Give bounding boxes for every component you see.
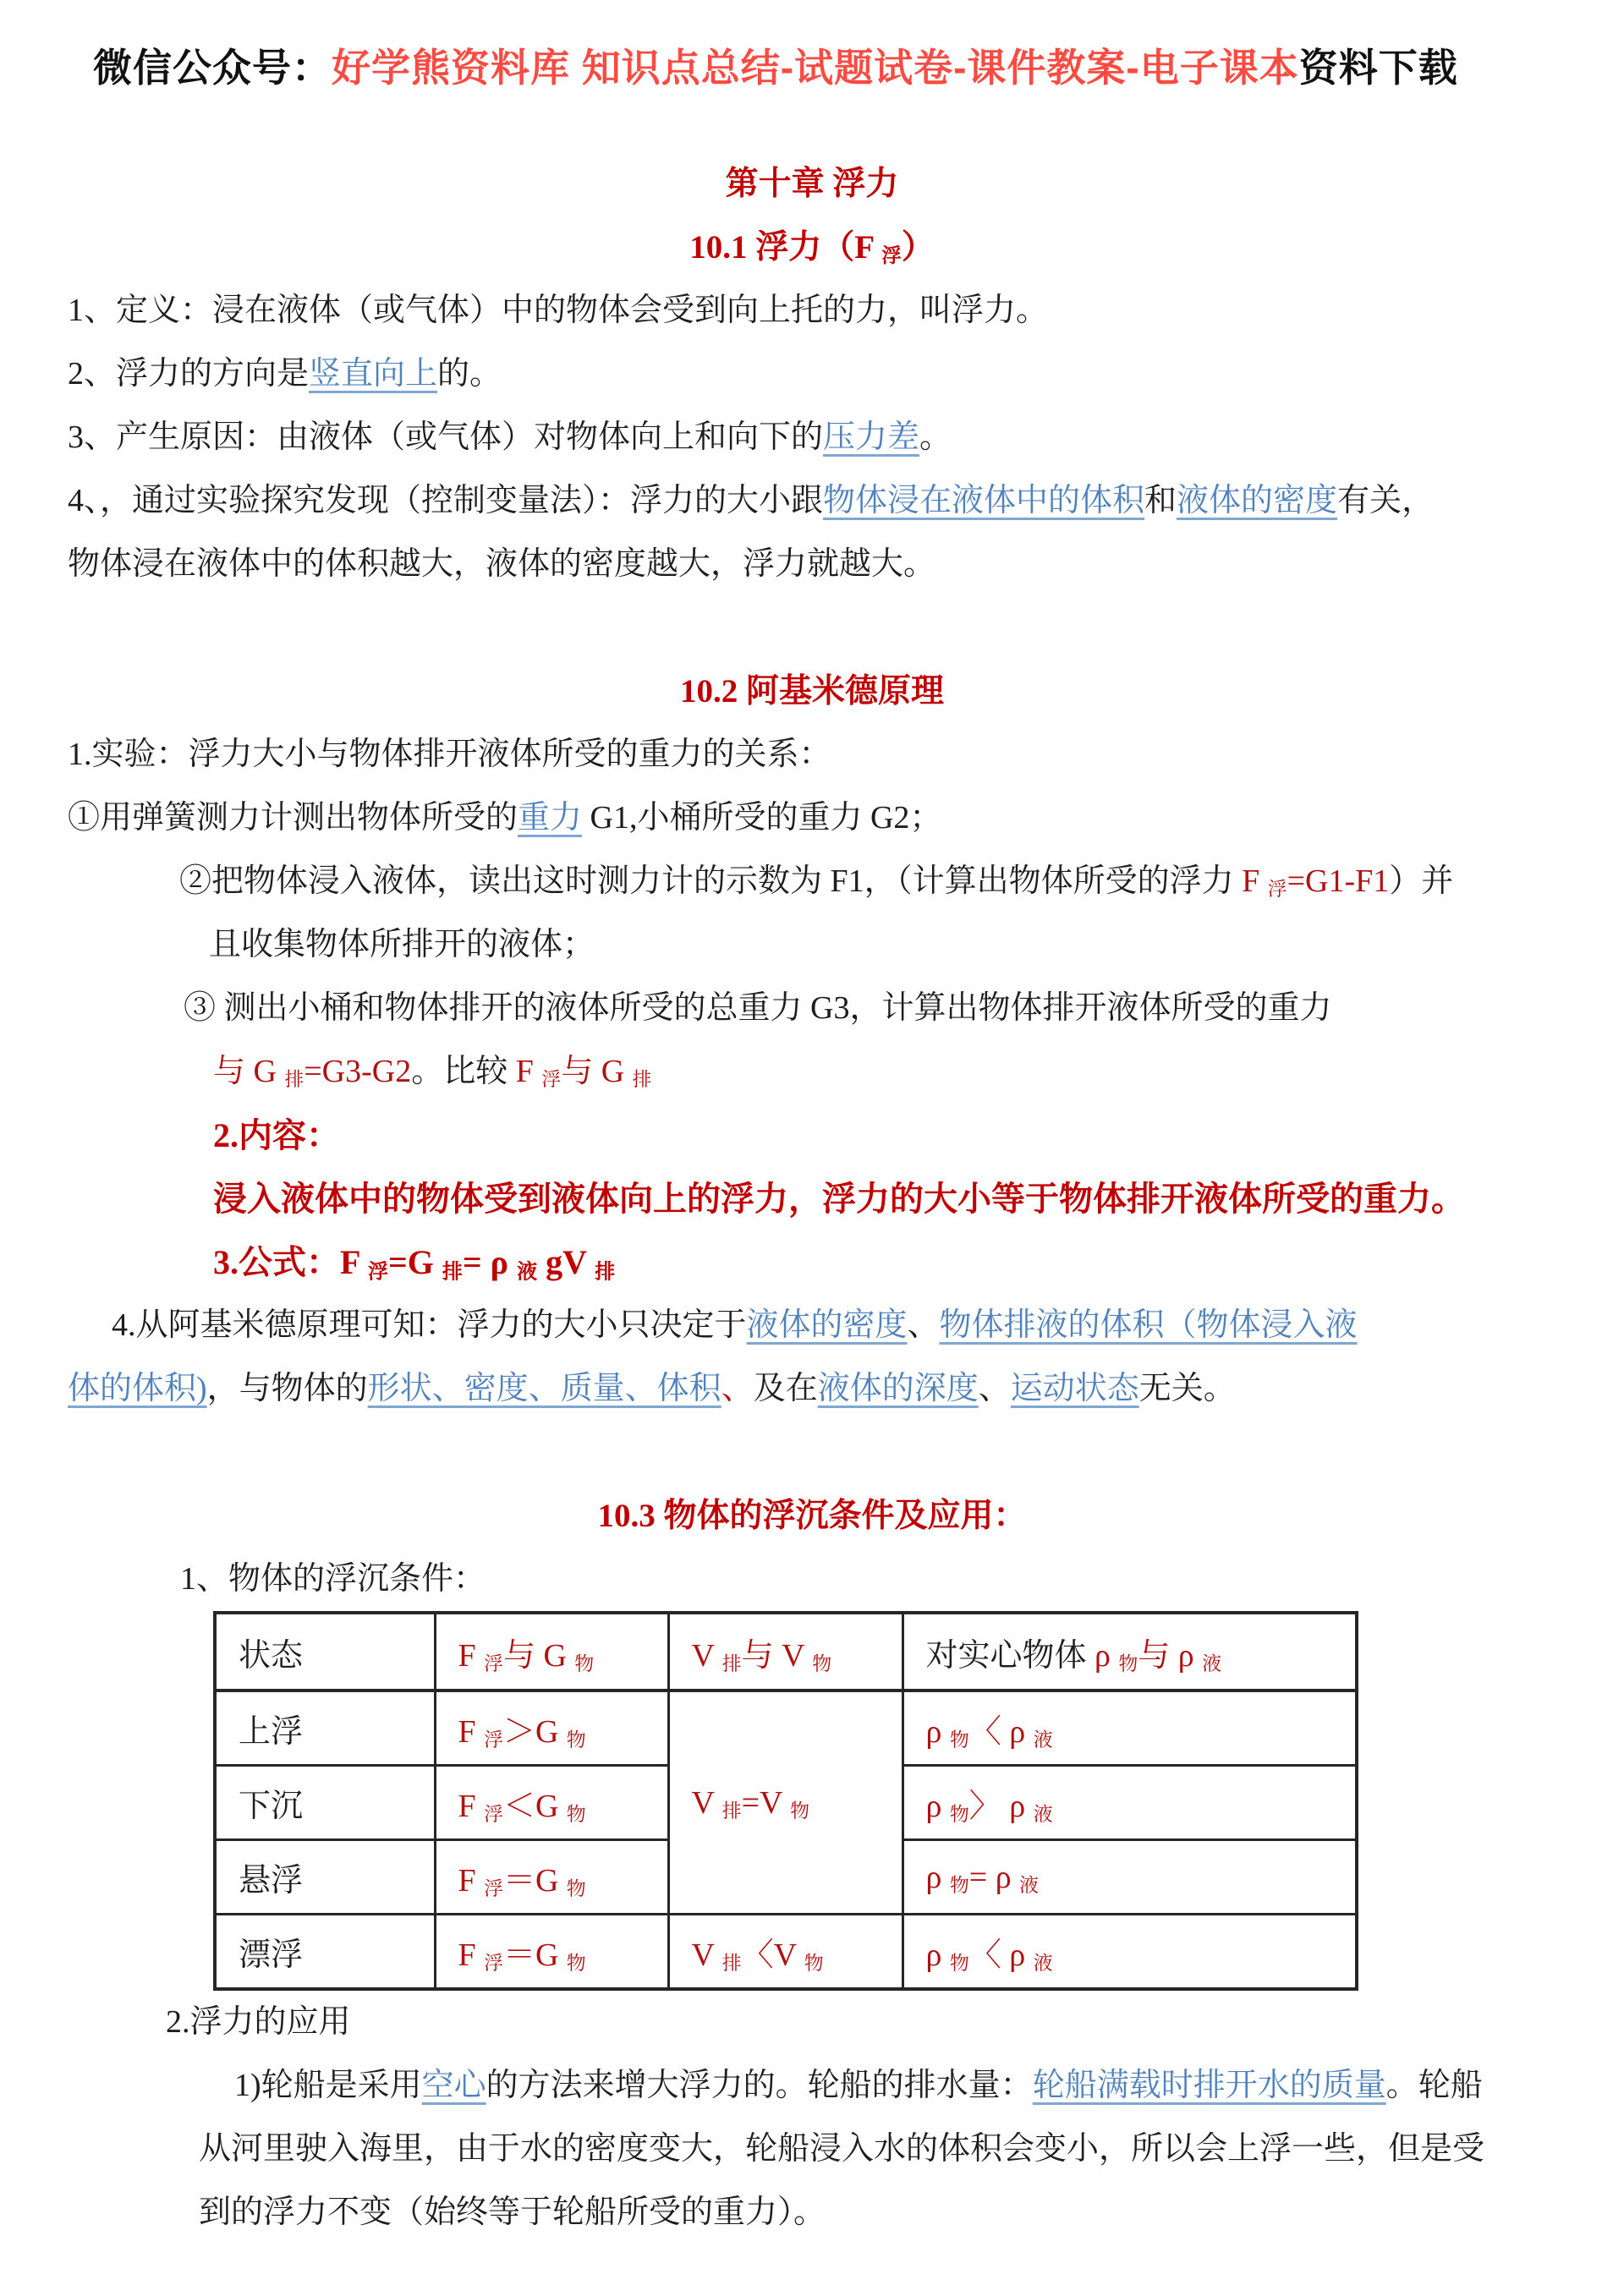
text-segment: 排 — [722, 1653, 742, 1674]
text-segment: 到的浮力不变（始终等于轮船所受的重力）。 — [199, 2195, 826, 2230]
text-segment: 1.实验：浮力大小与物体排开液体所受的重力的关系： — [68, 737, 831, 772]
text-segment: 排 — [595, 1261, 615, 1283]
text-segment: 从河里驶入海里，由于水的密度变大，轮船浸入水的体积会变小，所以会上浮一些，但是受 — [199, 2131, 1484, 2167]
line-step-2-cont: 且收集物体所排开的液体； — [209, 913, 1556, 977]
text-segment: 无关。 — [1139, 1371, 1236, 1406]
text-segment: F — [1242, 863, 1268, 899]
text-segment: 及在 — [754, 1371, 818, 1406]
line-conclusion-cont: 体的体积)，与物体的形状、密度、质量、体积、及在液体的深度、运动状态无关。 — [68, 1357, 1556, 1421]
text-segment: 上浮 — [239, 1714, 303, 1750]
text-segment: 第十章 浮力 — [726, 166, 899, 202]
text-segment: ρ — [1095, 1638, 1118, 1674]
text-segment: 且收集物体所排开的液体； — [209, 927, 595, 962]
text-segment: 液 — [1034, 1804, 1053, 1825]
text-segment: 液体的深度 — [818, 1371, 979, 1406]
text-segment: 。轮船 — [1386, 2068, 1483, 2103]
text-segment: 的。 — [437, 356, 502, 392]
text-segment: F — [340, 1243, 368, 1281]
text-segment: ρ — [926, 1860, 950, 1895]
text-segment: 浮 — [484, 1653, 503, 1674]
text-segment: 液 — [1202, 1653, 1221, 1674]
text-segment: 物 — [574, 1653, 594, 1674]
text-segment: 物体浸在液体中的体积 — [823, 483, 1144, 518]
text-segment: 1、定义：浸在液体（或气体）中的物体会受到向上托的力，叫浮力。 — [68, 293, 1048, 328]
line-step-3-cont: 与 G 排=G3-G2。比较 F 浮与 G 排 — [213, 1040, 1556, 1104]
text-segment: 轮船满载时排开水的质量 — [1033, 2068, 1386, 2103]
text-segment: 体的体积) — [68, 1371, 207, 1406]
text-segment: 浮 — [484, 1953, 503, 1974]
text-segment: 与 G — [503, 1638, 574, 1674]
cell-density: ρ 物= ρ 液 — [903, 1840, 1357, 1915]
table-header-force: F 浮与 G 物 — [435, 1613, 668, 1690]
wechat-banner: 微信公众号：好学熊资料库 知识点总结-试题试卷-课件教案-电子课本资料下载 — [93, 47, 1556, 89]
text-segment: 4、，通过实验探究发现（控制变量法）：浮力的大小跟 — [68, 483, 823, 518]
text-segment: 、 — [979, 1371, 1011, 1406]
text-segment: 形状、密度、质量、体积 — [368, 1371, 721, 1406]
text-segment: 浮 — [484, 1878, 503, 1899]
line-cause: 3、产生原因：由液体（或气体）对物体向上和向下的压力差。 — [68, 406, 1556, 469]
text-segment: 〈 ρ — [969, 1714, 1034, 1750]
text-segment: 与 G — [561, 1054, 632, 1089]
text-segment: ρ — [926, 1714, 950, 1750]
text-segment: 液 — [517, 1261, 537, 1283]
section-10-1-title: 10.1 浮力（F 浮） — [68, 216, 1556, 279]
text-segment: ＝G — [503, 1863, 567, 1899]
text-segment: 液 — [1034, 1953, 1053, 1974]
text-segment: 有关， — [1337, 483, 1434, 518]
text-segment: 与 ρ — [1138, 1638, 1202, 1674]
text-segment: ρ — [926, 1789, 950, 1824]
text-segment: 物 — [950, 1875, 969, 1896]
banner-prefix: 微信公众号： — [93, 46, 332, 90]
text-segment: 10.2 阿基米德原理 — [680, 673, 944, 710]
section-10-3-title: 10.3 物体的浮沉条件及应用： — [68, 1484, 1556, 1548]
text-segment: 液体的密度 — [1177, 483, 1337, 518]
text-segment: 浮 — [1268, 879, 1287, 900]
text-segment: 物 — [790, 1800, 809, 1822]
text-segment: 与 V — [742, 1638, 813, 1674]
float-conditions-table: 状态 F 浮与 G 物 V 排与 V 物 对实心物体 ρ 物与 ρ 液 上浮 F… — [213, 1611, 1358, 1991]
text-segment: 排 — [284, 1069, 304, 1090]
text-segment: =G3-G2 — [304, 1054, 411, 1089]
text-segment: 物 — [812, 1653, 831, 1674]
text-segment: V — [692, 1638, 722, 1674]
text-segment: 。比较 — [411, 1054, 516, 1089]
cell-force: F 浮＝G 物 — [435, 1840, 668, 1915]
table-header-density: 对实心物体 ρ 物与 ρ 液 — [903, 1613, 1357, 1690]
cell-density: ρ 物〈 ρ 液 — [903, 1915, 1357, 1990]
line-applications-label: 2.浮力的应用 — [166, 1991, 1556, 2054]
text-segment: 2.浮力的应用 — [166, 2004, 351, 2040]
text-segment: 状态 — [239, 1638, 303, 1674]
text-segment: 液体的密度 — [747, 1307, 908, 1343]
text-segment: ，与物体的 — [207, 1371, 368, 1406]
line-ship: 1)轮船是采用空心的方法来增大浮力的。轮船的排水量：轮船满载时排开水的质量。轮船 — [234, 2054, 1556, 2118]
text-segment: ①用弹簧测力计测出物体所受的 — [68, 800, 518, 836]
text-segment: 液 — [1019, 1875, 1039, 1896]
text-segment: F — [458, 1863, 485, 1899]
text-segment: 竖直向上 — [309, 356, 437, 392]
text-segment: 压力差 — [823, 419, 919, 455]
text-segment: ③ 测出小桶和物体排开的液体所受的总重力 G3，计算出物体排开液体所受的重力 — [184, 990, 1331, 1026]
text-segment: = ρ — [969, 1860, 1019, 1895]
text-segment: 物体浸在液体中的体积越大，液体的密度越大，浮力就越大。 — [68, 546, 935, 582]
text-segment: 排 — [722, 1953, 742, 1974]
text-segment: ②把物体浸入液体，读出这时测力计的示数为 F1，（计算出物体所受的浮力 — [179, 863, 1242, 899]
text-segment: 1)轮船是采用 — [234, 2068, 422, 2103]
table-row: 漂浮 F 浮＝G 物 V 排〈V 物 ρ 物〈 ρ 液 — [215, 1915, 1357, 1990]
text-segment: ＝G — [503, 1937, 567, 1973]
line-ship-cont-2: 到的浮力不变（始终等于轮船所受的重力）。 — [199, 2181, 1556, 2244]
text-segment: ρ — [926, 1937, 950, 1973]
text-segment: gV — [537, 1243, 595, 1281]
text-segment: 〉 ρ — [969, 1789, 1034, 1824]
cell-state: 上浮 — [215, 1690, 435, 1766]
text-segment: ＞G — [503, 1714, 567, 1750]
text-segment: G1,小桶所受的重力 G2； — [582, 800, 941, 836]
chapter-title: 第十章 浮力 — [68, 152, 1556, 216]
text-segment: 浮 — [541, 1069, 561, 1090]
text-segment: 下沉 — [239, 1789, 303, 1824]
cell-force: F 浮＜G 物 — [435, 1766, 668, 1840]
cell-volume: V 排〈V 物 — [668, 1915, 903, 1990]
cell-state: 下沉 — [215, 1766, 435, 1840]
text-segment: F — [458, 1638, 485, 1674]
text-segment: 〈 ρ — [969, 1937, 1034, 1973]
line-content-label: 2.内容： — [213, 1104, 1556, 1167]
text-segment: =V — [742, 1785, 791, 1821]
text-segment: 10.3 物体的浮沉条件及应用： — [597, 1498, 1026, 1534]
banner-highlight: 好学熊资料库 知识点总结-试题试卷-课件教案-电子课本 — [332, 46, 1299, 90]
text-segment: 1、物体的浮沉条件： — [180, 1561, 486, 1597]
text-segment: 2、浮力的方向是 — [68, 356, 309, 392]
text-segment: 和 — [1144, 483, 1177, 518]
line-archimedes-experiment: 1.实验：浮力大小与物体排开液体所受的重力的关系： — [68, 723, 1556, 786]
text-segment: 漂浮 — [239, 1937, 303, 1973]
text-segment: F — [458, 1937, 485, 1973]
line-formula: 3.公式：F 浮=G 排= ρ 液 gV 排 — [213, 1230, 1556, 1294]
text-segment: 对实心物体 — [926, 1638, 1095, 1674]
table-header-volume: V 排与 V 物 — [668, 1613, 903, 1690]
text-segment: 与 G — [213, 1054, 284, 1089]
text-segment: = ρ — [463, 1243, 517, 1281]
text-segment: 物体排液的体积（物体浸入液 — [940, 1307, 1358, 1343]
text-segment: 、 — [908, 1307, 940, 1343]
text-segment: 物 — [567, 1729, 586, 1751]
line-step-3: ③ 测出小桶和物体排开的液体所受的总重力 G3，计算出物体排开液体所受的重力 — [184, 977, 1556, 1040]
text-segment: =G — [388, 1243, 442, 1281]
table-row: 上浮 F 浮＞G 物 V 排=V 物 ρ 物〈 ρ 液 — [215, 1690, 1357, 1766]
text-segment: 〈V — [742, 1937, 804, 1973]
text-segment: 悬浮 — [239, 1863, 303, 1899]
text-segment: 物 — [567, 1878, 586, 1899]
text-segment: 、 — [721, 1371, 754, 1406]
text-segment: 物 — [950, 1953, 969, 1974]
text-segment: 浮 — [484, 1729, 503, 1751]
text-segment: F — [458, 1714, 485, 1750]
text-segment: ＜G — [503, 1789, 567, 1824]
text-segment: 运动状态 — [1011, 1371, 1139, 1406]
line-experiment-factors: 4、，通过实验探究发现（控制变量法）：浮力的大小跟物体浸在液体中的体积和液体的密… — [68, 469, 1556, 533]
text-segment: =G1-F1 — [1287, 863, 1390, 899]
line-direction: 2、浮力的方向是竖直向上的。 — [68, 342, 1556, 406]
text-segment: 排 — [722, 1800, 742, 1822]
cell-volume-merged: V 排=V 物 — [668, 1690, 903, 1915]
text-segment: 3、产生原因：由液体（或气体）对物体向上和向下的 — [68, 419, 823, 455]
line-conclusion: 4.从阿基米德原理可知：浮力的大小只决定于液体的密度、物体排液的体积（物体浸入液 — [112, 1294, 1556, 1357]
text-segment: 排 — [633, 1069, 652, 1090]
text-segment: 浮 — [484, 1804, 503, 1825]
cell-force: F 浮＞G 物 — [435, 1690, 668, 1766]
text-segment: 。 — [919, 419, 952, 455]
text-segment: 浸入液体中的物体受到液体向上的浮力，浮力的大小等于物体排开液体所受的重力。 — [213, 1180, 1465, 1218]
cell-state: 漂浮 — [215, 1915, 435, 1990]
line-step-1: ①用弹簧测力计测出物体所受的重力 G1,小桶所受的重力 G2； — [68, 786, 1556, 850]
line-step-2: ②把物体浸入液体，读出这时测力计的示数为 F1，（计算出物体所受的浮力 F 浮=… — [179, 850, 1556, 913]
line-definition: 1、定义：浸在液体（或气体）中的物体会受到向上托的力，叫浮力。 — [68, 279, 1556, 342]
text-segment: 浮 — [368, 1261, 388, 1283]
cell-density: ρ 物〉 ρ 液 — [903, 1766, 1357, 1840]
table-header-row: 状态 F 浮与 G 物 V 排与 V 物 对实心物体 ρ 物与 ρ 液 — [215, 1613, 1357, 1690]
text-segment: 2.内容： — [213, 1116, 340, 1154]
table-header-state: 状态 — [215, 1613, 435, 1690]
cell-state: 悬浮 — [215, 1840, 435, 1915]
text-segment: 浮 — [881, 245, 901, 267]
document-page: 微信公众号：好学熊资料库 知识点总结-试题试卷-课件教案-电子课本资料下载 第十… — [0, 0, 1624, 2296]
line-float-conditions-label: 1、物体的浮沉条件： — [180, 1548, 1556, 1611]
text-segment: 排 — [442, 1261, 463, 1283]
line-ship-cont: 从河里驶入海里，由于水的密度变大，轮船浸入水的体积会变小，所以会上浮一些，但是受 — [199, 2118, 1556, 2181]
text-segment: ）并 — [1389, 863, 1453, 899]
text-segment: 液 — [1034, 1729, 1053, 1751]
text-segment: ） — [902, 229, 935, 266]
text-segment: 10.1 浮力（F — [689, 229, 881, 266]
text-segment: 物 — [567, 1953, 586, 1974]
text-segment: V — [692, 1785, 722, 1821]
banner-suffix: 资料下载 — [1299, 46, 1458, 90]
text-segment: 空心 — [422, 2068, 486, 2103]
line-experiment-factors-cont: 物体浸在液体中的体积越大，液体的密度越大，浮力就越大。 — [68, 533, 1556, 596]
text-segment: 物 — [567, 1804, 586, 1825]
text-segment: 的方法来增大浮力的。轮船的排水量： — [486, 2068, 1033, 2103]
cell-density: ρ 物〈 ρ 液 — [903, 1690, 1357, 1766]
text-segment: 物 — [950, 1804, 969, 1825]
text-segment: 物 — [1118, 1653, 1138, 1674]
text-segment: F — [516, 1054, 542, 1089]
text-segment: 物 — [950, 1729, 969, 1751]
text-segment: 物 — [804, 1953, 824, 1974]
text-segment: 4.从阿基米德原理可知：浮力的大小只决定于 — [112, 1307, 747, 1343]
line-archimedes-principle: 浸入液体中的物体受到液体向上的浮力，浮力的大小等于物体排开液体所受的重力。 — [213, 1167, 1556, 1230]
text-segment: 重力 — [518, 800, 582, 836]
text-segment: 3.公式： — [213, 1243, 340, 1281]
cell-force: F 浮＝G 物 — [435, 1915, 668, 1990]
text-segment: F — [458, 1789, 485, 1824]
text-segment: V — [692, 1937, 722, 1973]
section-10-2-title: 10.2 阿基米德原理 — [68, 660, 1556, 723]
